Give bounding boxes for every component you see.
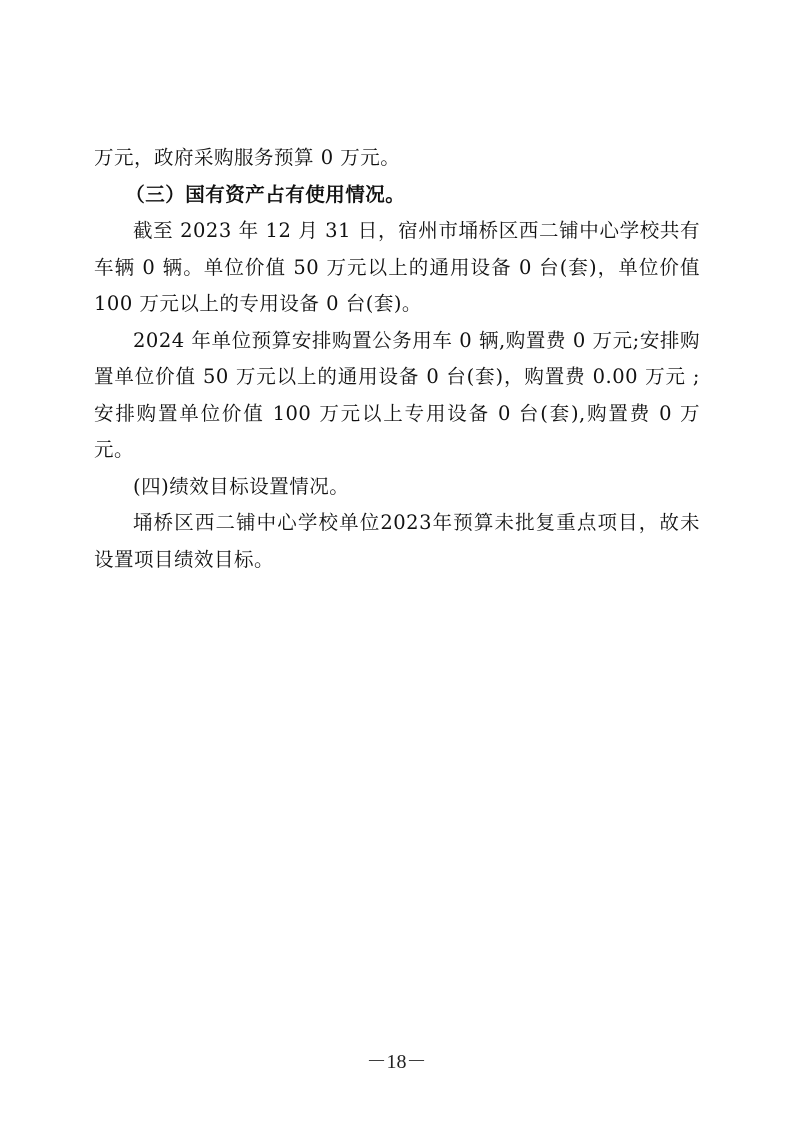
paragraph-purchase-plan: 2024 年单位预算安排购置公务用车 0 辆,购置费 0 万元;安排购置单位价值… — [94, 323, 700, 469]
paragraph-assets-status: 截至 2023 年 12 月 31 日，宿州市埇桥区西二铺中心学校共有车辆 0 … — [94, 213, 700, 323]
document-page: 万元，政府采购服务预算 0 万元。 （三）国有资产占有使用情况。 截至 2023… — [0, 0, 793, 1122]
page-number: －18－ — [0, 1045, 793, 1074]
document-body: 万元，政府采购服务预算 0 万元。 （三）国有资产占有使用情况。 截至 2023… — [94, 140, 700, 578]
paragraph-continuation: 万元，政府采购服务预算 0 万元。 — [94, 140, 700, 177]
section-heading-performance-goals: (四)绩效目标设置情况。 — [94, 469, 700, 506]
paragraph-performance-goals: 埇桥区西二铺中心学校单位2023年预算未批复重点项目，故未设置项目绩效目标。 — [94, 505, 700, 578]
section-heading-state-assets: （三）国有资产占有使用情况。 — [94, 177, 700, 214]
